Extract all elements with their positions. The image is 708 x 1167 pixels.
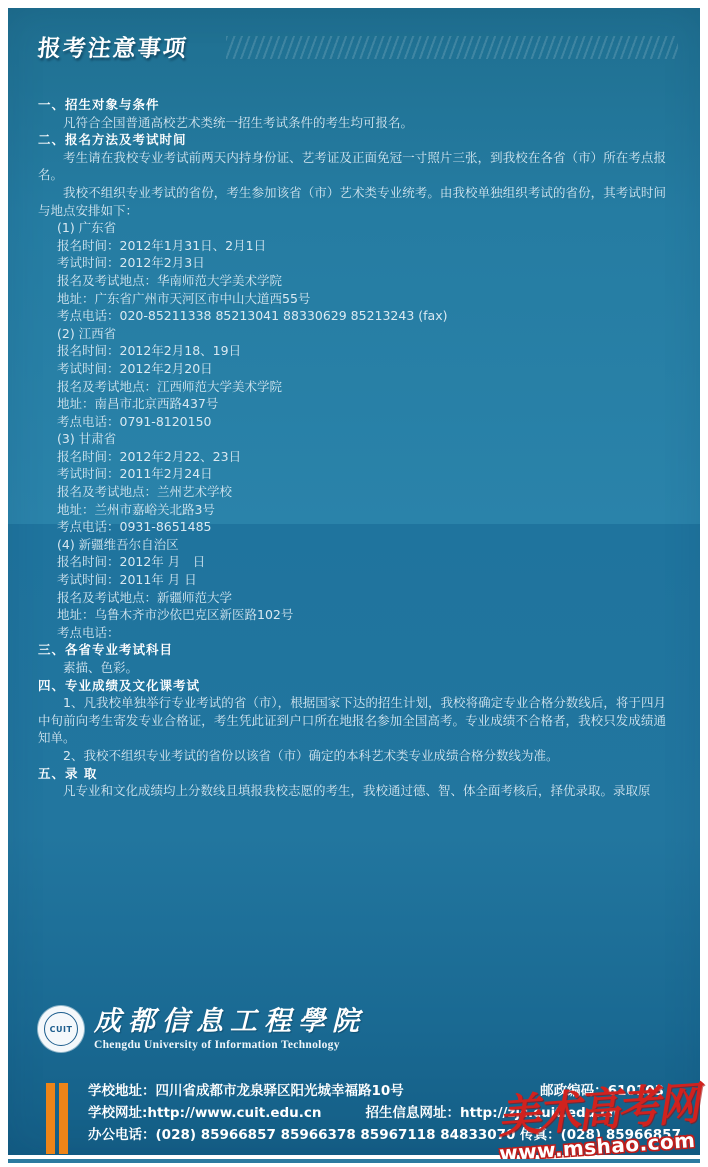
university-name-cn: 成都信息工程學院 (94, 1007, 366, 1037)
notice-line: 考试时间：2012年2月3日 (38, 254, 666, 272)
cuit-seal-icon: CUIT (38, 1006, 84, 1052)
notice-line: 报名及考试地点：新疆师范大学 (38, 589, 666, 607)
notice-line: 一、招生对象与条件 (38, 96, 666, 114)
notice-line: 报名时间：2012年2月18、19日 (38, 342, 666, 360)
notice-line: 考点电话：020-85211338 85213041 88330629 8521… (38, 307, 666, 325)
notice-line: 考点电话：0931-8651485 (38, 518, 666, 536)
notice-line: (1) 广东省 (38, 219, 666, 237)
orange-bar (59, 1083, 68, 1154)
cuit-seal-text: CUIT (44, 1012, 78, 1046)
notice-line: 三、各省专业考试科目 (38, 641, 666, 659)
notice-line: 考试时间：2012年2月20日 (38, 360, 666, 378)
university-logo: CUIT 成都信息工程學院 Chengdu University of Info… (38, 1006, 366, 1052)
university-name-en: Chengdu University of Information Techno… (94, 1039, 366, 1051)
admission-notice-poster: 报考注意事项 一、招生对象与条件 凡符合全国普通高校艺术类统一招生考试条件的考生… (0, 0, 708, 1167)
orange-bars-decoration (46, 1083, 72, 1154)
notice-line: 凡专业和文化成绩均上分数线且填报我校志愿的考生，我校通过德、智、体全面考核后，择… (38, 782, 666, 800)
notice-line: 考生请在我校专业考试前两天内持身份证、艺考证及正面免冠一寸照片三张，到我校在各省… (38, 149, 666, 184)
notice-line: 五、录 取 (38, 765, 666, 783)
notice-line: 地址：兰州市嘉峪关北路3号 (38, 501, 666, 519)
notice-line: 地址：南昌市北京西路437号 (38, 395, 666, 413)
footer-text: 学校地址：四川省成都市龙泉驿区阳光城幸福路10号 邮政编码：610103 学校网… (88, 1080, 686, 1146)
notice-line: 素描、色彩。 (38, 659, 666, 677)
notice-line: 考点电话： (38, 624, 666, 642)
notice-line: 2、我校不组织专业考试的省份以该省（市）确定的本科艺术类专业成绩合格分数线为准。 (38, 747, 666, 765)
notice-line: 凡符合全国普通高校艺术类统一招生考试条件的考生均可报名。 (38, 114, 666, 132)
postal-code: 邮政编码：610103 (540, 1080, 680, 1102)
blue-panel: 报考注意事项 一、招生对象与条件 凡符合全国普通高校艺术类统一招生考试条件的考生… (8, 8, 700, 1155)
footer-contact: 学校地址：四川省成都市龙泉驿区阳光城幸福路10号 邮政编码：610103 学校网… (46, 1080, 686, 1146)
notice-line: 报名及考试地点：江西师范大学美术学院 (38, 378, 666, 396)
notice-line: 报名及考试地点：兰州艺术学校 (38, 483, 666, 501)
notice-line: 1、凡我校单独举行专业考试的省（市），根据国家下达的招生计划，我校将确定专业合格… (38, 694, 666, 747)
university-names: 成都信息工程學院 Chengdu University of Informati… (94, 1007, 366, 1051)
notice-line: (3) 甘肃省 (38, 430, 666, 448)
notice-line: 地址：乌鲁木齐市沙依巴克区新医路102号 (38, 606, 666, 624)
diagonal-stripes-decoration (226, 36, 678, 59)
notice-line: 报名时间：2012年2月22、23日 (38, 448, 666, 466)
notice-line: 考点电话：0791-8120150 (38, 413, 666, 431)
office-phones-fax: 办公电话：(028) 85966857 85966378 85967118 84… (88, 1124, 681, 1146)
orange-bar (46, 1083, 55, 1154)
school-website: 学校网址:http://www.cuit.edu.cn (88, 1102, 322, 1124)
school-address: 学校地址：四川省成都市龙泉驿区阳光城幸福路10号 (88, 1080, 404, 1102)
notice-line: 报名时间：2012年1月31日、2月1日 (38, 237, 666, 255)
page-title: 报考注意事项 (36, 30, 189, 63)
bottom-accent-line (8, 1159, 700, 1163)
notice-line: (4) 新疆维吾尔自治区 (38, 536, 666, 554)
admission-website: 招生信息网址：http://zjc.cuit.edu.cn (366, 1102, 619, 1124)
notice-line: 报名及考试地点：华南师范大学美术学院 (38, 272, 666, 290)
notice-line: 报名时间：2012年 月 日 (38, 553, 666, 571)
notice-line: 二、报名方法及考试时间 (38, 131, 666, 149)
notice-body: 一、招生对象与条件 凡符合全国普通高校艺术类统一招生考试条件的考生均可报名。 二… (38, 96, 666, 800)
notice-line: 四、专业成绩及文化课考试 (38, 677, 666, 695)
notice-line: 地址：广东省广州市天河区市中山大道西55号 (38, 290, 666, 308)
notice-line: 考试时间：2011年2月24日 (38, 465, 666, 483)
title-bar: 报考注意事项 (38, 30, 680, 66)
notice-line: (2) 江西省 (38, 325, 666, 343)
notice-line: 我校不组织专业考试的省份，考生参加该省（市）艺术类专业统考。由我校单独组织考试的… (38, 184, 666, 219)
notice-line: 考试时间：2011年 月 日 (38, 571, 666, 589)
